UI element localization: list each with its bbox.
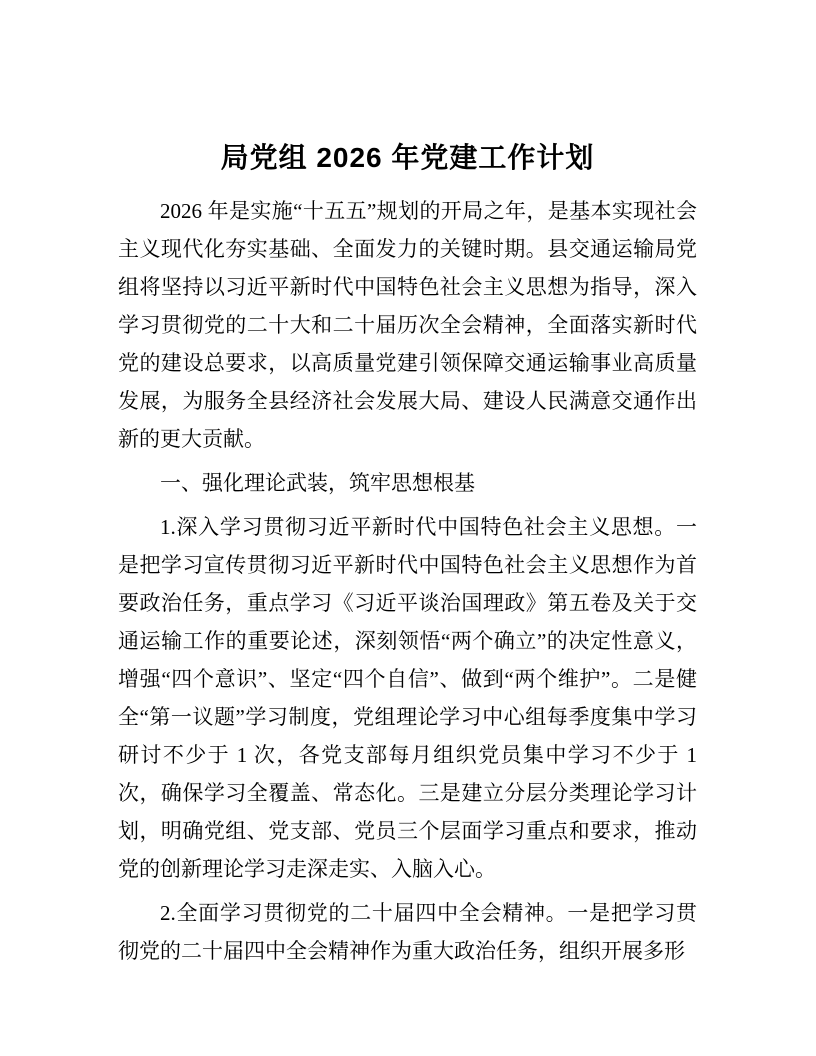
section-heading-1: 一、强化理论武装，筑牢思想根基 [118, 464, 697, 502]
document-page: 局党组 2026 年党建工作计划 2026 年是实施“十五五”规划的开局之年，是… [0, 0, 816, 1056]
paragraph-item-1: 1.深入学习贯彻习近平新时代中国特色社会主义思想。一是把学习宣传贯彻习近平新时代… [118, 508, 697, 888]
paragraph-item-2: 2.全面学习贯彻党的二十届四中全会精神。一是把学习贯彻党的二十届四中全会精神作为… [118, 894, 697, 970]
paragraph-intro: 2026 年是实施“十五五”规划的开局之年，是基本实现社会主义现代化夯实基础、全… [118, 192, 697, 458]
document-title: 局党组 2026 年党建工作计划 [118, 138, 697, 178]
